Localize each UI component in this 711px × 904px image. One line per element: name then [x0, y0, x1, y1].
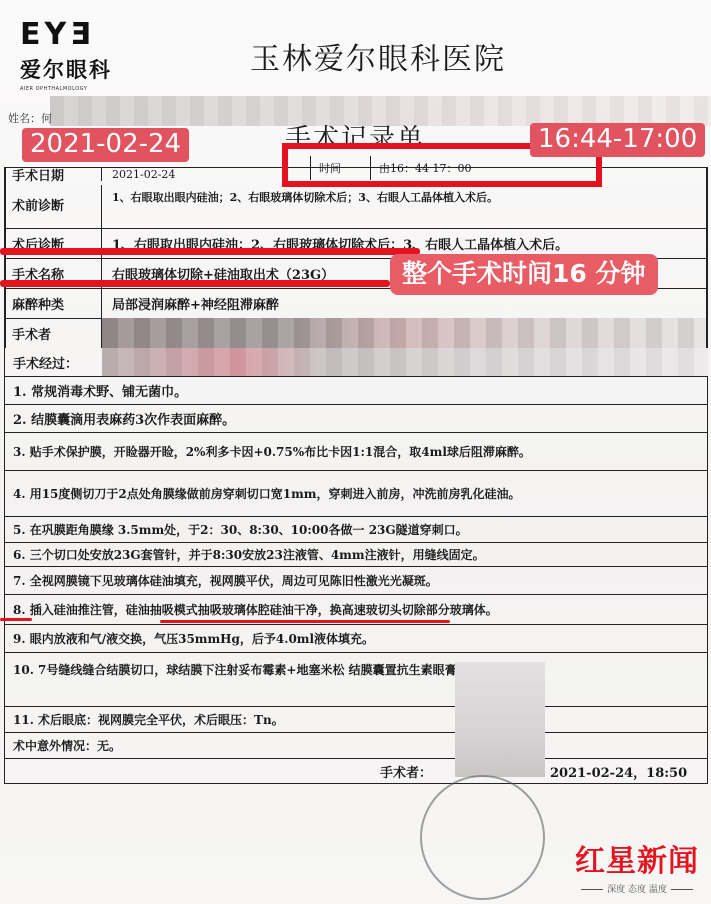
step-text: 9. 眼内放液和气/液交换，气压35mmHg，后予4.0ml液体填充。	[13, 630, 374, 647]
table-left-border	[4, 167, 6, 348]
hospital-name: 玉林爱尔眼科医院	[250, 34, 506, 78]
surgery-date-value: 2021-02-24	[102, 168, 175, 181]
step-row: 3. 贴手术保护膜，开睑器开睑，2%利多卡因+0.75%布比卡因1:1混合，取4…	[4, 432, 708, 470]
step-text: 8. 插入硅油推注管，硅油抽吸模式抽吸玻璃体腔硅油干净，换高速玻切头切除部分玻璃…	[13, 601, 498, 618]
signature-date: 2021-02-24，18:50	[550, 762, 687, 781]
complications-text: 术中意外情况：无。	[13, 737, 121, 754]
signature-label: 手术者：	[380, 762, 432, 781]
duration-annotation-tag: 整个手术时间16 分钟	[390, 254, 658, 295]
step8-underline	[160, 620, 450, 623]
highlight-line	[0, 280, 390, 287]
pre-diagnosis-label: 术前诊断	[4, 185, 102, 228]
step-row: 10. 7号缝线缝合结膜切口，球结膜下注射妥布霉素+地塞米松 结膜囊置抗生素眼膏…	[4, 652, 708, 706]
process-label: 手术经过：	[13, 353, 78, 372]
step-row: 7. 全视网膜镜下见玻璃体硅油填充，视网膜平伏，周边可见陈旧性激光光凝斑。	[4, 566, 708, 594]
redacted-surgeon-names	[102, 318, 708, 348]
step-row: 4. 用15度侧切刀于2点处角膜缘做前房穿刺切口宽1mm，穿刺进入前房，冲洗前房…	[4, 470, 708, 516]
date-annotation-tag: 2021-02-24	[22, 128, 189, 162]
step-text: 6. 三个切口处安放23G套管针，并于8:30安放23注液管、4mm注液针，用缝…	[13, 546, 485, 563]
watermark-brand: 红星新闻	[575, 836, 699, 880]
hospital-stamp	[420, 775, 545, 900]
step-row: 6. 三个切口处安放23G套管针，并于8:30安放23注液管、4mm注液针，用缝…	[4, 542, 708, 566]
step-row: 9. 眼内放液和气/液交换，气压35mmHg，后予4.0ml液体填充。	[4, 624, 708, 652]
hospital-logo: EYƎ 爱尔眼科 AIER OPHTHALMOLOGY	[20, 20, 130, 92]
step-text: 4. 用15度侧切刀于2点处角膜缘做前房穿刺切口宽1mm，穿刺进入前房，冲洗前房…	[13, 485, 521, 502]
anesthesia-value: 局部浸润麻醉+神经阻滞麻醉	[102, 294, 279, 313]
step-text: 1. 常规消毒术野、铺无菌巾。	[13, 381, 187, 400]
surgery-date-label: 手术日期	[4, 168, 102, 181]
pre-diagnosis-value: 1、右眼取出眼内硅油；2、右眼玻璃体切除术后；3、右眼人工晶体植入术后。	[102, 185, 498, 211]
time-annotation-tag: 16:44-17:00	[530, 123, 705, 157]
step-row: 5. 在巩膜距角膜缘 3.5mm处，于2：30、8:30、10:00各做一 23…	[4, 516, 708, 542]
step-row: 2. 结膜囊滴用表麻药3次作表面麻醉。	[4, 404, 708, 432]
logo-name-cn: 爱尔眼科	[20, 54, 130, 84]
redacted-signature	[455, 662, 545, 777]
step-text: 5. 在巩膜距角膜缘 3.5mm处，于2：30、8:30、10:00各做一 23…	[13, 521, 468, 538]
highlight-line	[0, 248, 420, 255]
step-text: 3. 贴手术保护膜，开睑器开睑，2%利多卡因+0.75%布比卡因1:1混合，取4…	[13, 443, 531, 460]
logo-mark: EYƎ	[20, 20, 130, 50]
redacted-process-info	[102, 348, 708, 376]
anesthesia-label: 麻醉种类	[4, 289, 102, 318]
patient-name-label: 姓名：何	[8, 110, 52, 126]
surgery-record-document: EYƎ 爱尔眼科 AIER OPHTHALMOLOGY 玉林爱尔眼科医院 姓名：…	[0, 0, 711, 904]
step-text: 2. 结膜囊滴用表麻药3次作表面麻醉。	[13, 409, 235, 428]
step-row: 11. 术后眼底：视网膜完全平伏，术后眼压：Tn。	[4, 706, 708, 732]
step-row: 1. 常规消毒术野、铺无菌巾。	[4, 376, 708, 404]
watermark-slogan: 深度 态度 温度	[575, 882, 699, 895]
table-right-border	[706, 167, 708, 348]
row-pre-diagnosis: 术前诊断 1、右眼取出眼内硅油；2、右眼玻璃体切除术后；3、右眼人工晶体植入术后…	[4, 181, 708, 228]
news-watermark: 红星新闻 深度 态度 温度	[575, 836, 699, 895]
logo-name-en: AIER OPHTHALMOLOGY	[20, 86, 130, 92]
step8-underline	[0, 618, 32, 621]
row-complications: 术中意外情况：无。	[4, 732, 708, 758]
step-text: 7. 全视网膜镜下见玻璃体硅油填充，视网膜平伏，周边可见陈旧性激光光凝斑。	[13, 572, 438, 589]
surgeon-label: 手术者	[4, 319, 102, 348]
step-text: 10. 7号缝线缝合结膜切口，球结膜下注射妥布霉素+地塞米松 结膜囊置抗生素眼膏…	[13, 657, 673, 683]
step-text: 11. 术后眼底：视网膜完全平伏，术后眼压：Tn。	[13, 711, 284, 728]
